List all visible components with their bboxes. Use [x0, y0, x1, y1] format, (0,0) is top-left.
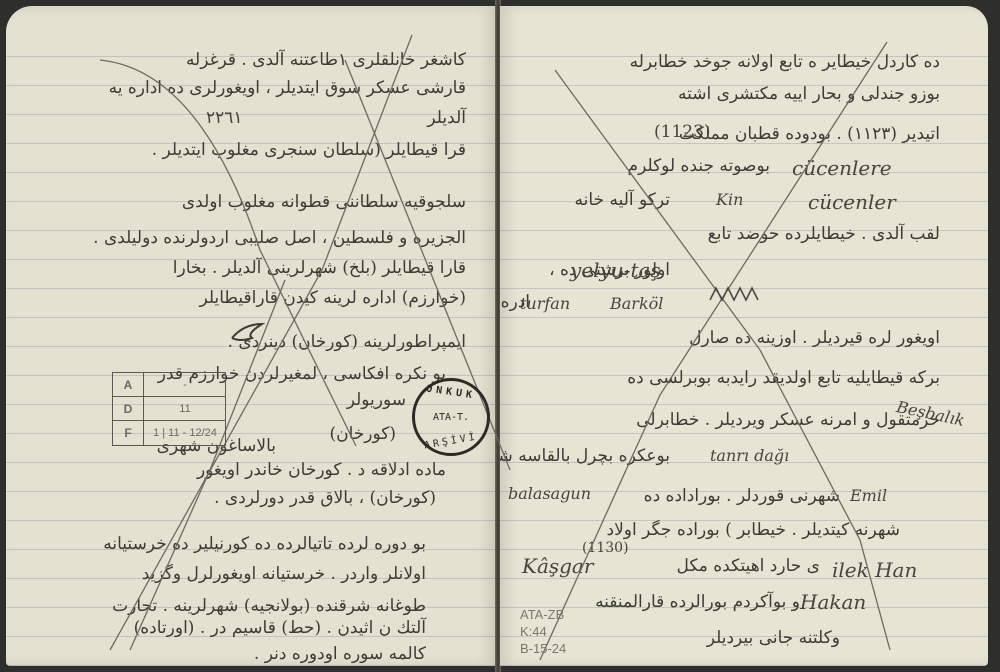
grid-value: 1 | 11 - 12/24	[147, 421, 223, 445]
left-page: کاشغر خانلقلرى ١طاعتنه آلدى . قرغزله قار…	[6, 6, 496, 666]
year-1123: (1123)	[654, 122, 711, 142]
text-line: كالمه سوره اودوره دنر .	[206, 644, 426, 664]
annotation-turfan: turfan	[520, 294, 570, 313]
year-number: ٢٢٦١	[206, 108, 243, 128]
reference-grid-stamp: A - D 11 F 1 | 11 - 12/24	[112, 372, 226, 446]
annotation-yelyu-tas: yelyu-taş	[570, 258, 661, 282]
text-line: اتيدير (١١٢٣) . بودوده قطبان مملكت	[540, 124, 940, 144]
text-line: قارا قيطايلر (بلخ) شهرلرينى آلديلر . بخا…	[16, 258, 466, 278]
archive-round-stamp: ONKUK ATA-T. ARŞİVİ	[412, 378, 490, 456]
grid-key: A	[113, 373, 144, 396]
text-line: ماده ادلاقه د . كورخان خاندر اويغور	[26, 460, 446, 480]
grid-key: D	[113, 397, 144, 420]
archive-reference: ATA-ZB K:44 B-15-24	[520, 606, 566, 657]
archive-ref-line: ATA-ZB	[520, 606, 566, 623]
annotation-emil: Emil	[850, 486, 887, 505]
archive-ref-line: K:44	[520, 623, 566, 640]
text-line: قارشى عسكر سوق ايتديلر ، اويغورلرى ده اد…	[14, 78, 466, 98]
grid-row-d: D 11	[113, 397, 225, 421]
annotation-balasagun: balasagun	[508, 484, 591, 503]
text-line: الجزيره و فلسطين ، اصل صليبى اردولرنده د…	[16, 228, 466, 248]
text-line: آلديلر	[326, 108, 466, 128]
text-line: ده كاردل خيطاير ه تابع اولانه جوخد خطابر…	[520, 52, 940, 72]
text-line: بوعكره بچرل بالقاسه شرقنده	[520, 446, 670, 466]
text-line: اولانلر واردر . خرستيانه اويغورلرل وگزيد	[26, 564, 426, 584]
text-line: لقب آلدى . خيطايلرده حوضد تابع	[520, 224, 940, 244]
text-line: حرمتقول و امرنه عسكر ويرديلر . خطابرلى	[520, 410, 940, 430]
grid-row-f: F 1 | 11 - 12/24	[113, 421, 225, 445]
grid-row-a: A -	[113, 373, 225, 397]
text-line: سوريولر	[306, 390, 406, 410]
text-line: بوصوته جنده لوكلرم	[530, 156, 770, 176]
text-line: وكلتنه جانى بيرديلر	[620, 628, 840, 648]
annotation-kin: Kin	[716, 190, 743, 209]
text-line: آلتك ن اثيدن . (حط) قاسيم در . (اورتاده)	[26, 618, 426, 638]
archive-ref-line: B-15-24	[520, 640, 566, 657]
text-line: (كورخان)	[276, 424, 396, 444]
annotation-barkol: Barköl	[610, 294, 663, 313]
grid-key: F	[113, 421, 144, 445]
text-line: (خوارزم) اداره لرينه كيدن قاراقيطايلر	[26, 288, 466, 308]
notebook-spread: کاشغر خانلقلرى ١طاعتنه آلدى . قرغزله قار…	[0, 0, 1000, 672]
text-line: اويغور لره قيرديلر . اوزينه ده صارل	[520, 328, 940, 348]
grid-value: -	[147, 373, 223, 396]
text-line: بوزو جندلى و بحار اييه مكتشرى اشته	[520, 84, 940, 104]
annotation-kasgar: Kâşgar	[522, 554, 593, 578]
text-line: شهرنه كيتديلر . خيطابر ) بوراده جگر اولا…	[520, 520, 900, 540]
text-line: ى حارد اهيتكده مكل	[610, 556, 820, 576]
text-line: طوغانه شرقنده (بولانجيه) شهرلرينه . تجار…	[26, 596, 426, 616]
text-line: تركو آليه خانه	[560, 190, 670, 210]
text-line: (كورخان) ، بالاق قدر دورلردى .	[106, 488, 436, 508]
annotation-hakan: Hakan	[800, 590, 866, 614]
annotation-ilek-han: ilek Han	[832, 558, 917, 582]
text-line: بركه قيطايليه تابع اولديقد رايدبه بوبرلس…	[520, 368, 940, 388]
text-line: ايمپراطورلرينه (كورخان) دينردى .	[56, 332, 466, 352]
grid-value: 11	[147, 397, 223, 420]
stamp-middle-text: ATA-T.	[415, 412, 487, 423]
text-line: بو دوره لرده تاتيالرده ده كورنيلير ده خر…	[26, 534, 426, 554]
text-line: قرا قيطايلر (سلطان سنجرى مغلوب ايتديلر .	[46, 140, 466, 160]
text-line: سلجوقيه سلطاننى قطوانه مغلوب اولدى	[56, 192, 466, 212]
annotation-cucenler: cücenler	[808, 190, 896, 214]
annotation-cucenlere: cücenlere	[792, 156, 892, 180]
text-line: شهرنى قوردلر . بوراداده ده	[600, 486, 840, 506]
annotation-tanri-dagi: tanrı dağı	[710, 446, 789, 465]
right-page: ده كاردل خيطاير ه تابع اولانه جوخد خطابر…	[500, 6, 988, 666]
text-line: بو نكره افكاسى ، لمغيرلردن خوارزم قدر	[26, 364, 446, 384]
text-line: کاشغر خانلقلرى ١طاعتنه آلدى . قرغزله	[46, 50, 466, 70]
